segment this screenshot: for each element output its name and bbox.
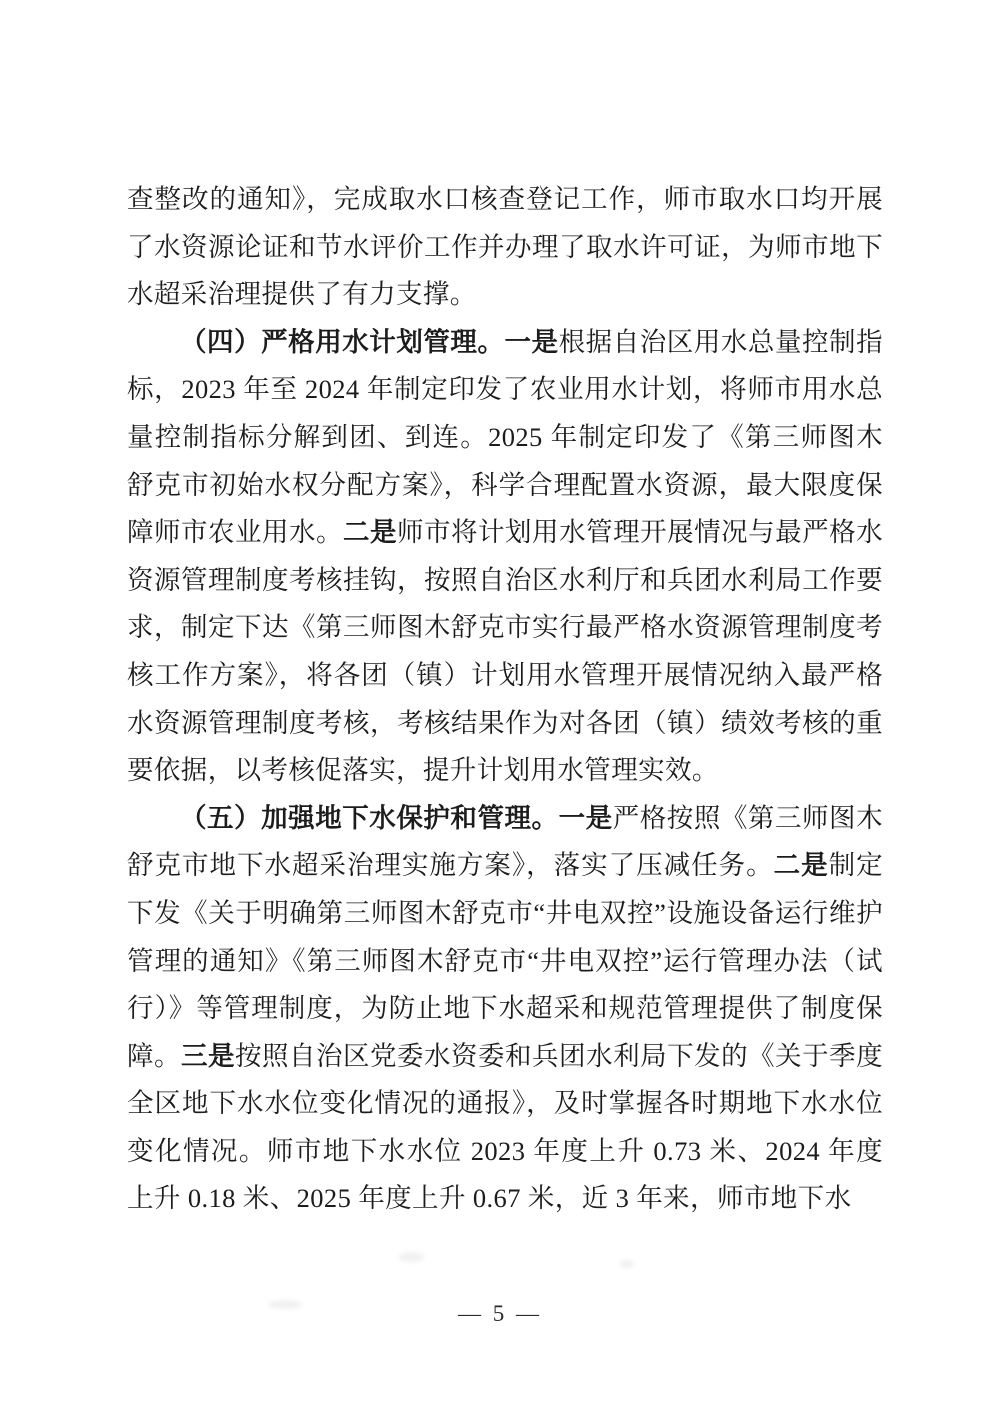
paragraph: （四）严格用水计划管理。一是根据自治区用水总量控制指标，2023 年至 2024… — [127, 319, 883, 795]
scan-smudge — [398, 1252, 424, 1262]
emphasis-text: 二是 — [774, 850, 829, 880]
body-text: 师市将计划用水管理开展情况与最严格水资源管理制度考核挂钩，按照自治区水利厅和兵团… — [127, 517, 883, 785]
paragraph: 查整改的通知》，完成取水口核查登记工作，师市取水口均开展了水资源论证和节水评价工… — [127, 176, 883, 319]
paragraph: （五）加强地下水保护和管理。一是严格按照《第三师图木舒克市地下水超采治理实施方案… — [127, 795, 883, 1223]
document-body: 查整改的通知》，完成取水口核查登记工作，师市取水口均开展了水资源论证和节水评价工… — [127, 176, 883, 1223]
emphasis-text: （四）严格用水计划管理。 — [180, 327, 505, 357]
body-text: 按照自治区党委水资委和兵团水利局下发的《关于季度全区地下水水位变化情况的通报》，… — [127, 1041, 883, 1214]
emphasis-text: （五）加强地下水保护和管理。 — [180, 803, 559, 833]
body-text: 根据自治区用水总量控制指标，2023 年至 2024 年制定印发了农业用水计划，… — [127, 327, 883, 547]
page-number: — 5 — — [0, 1301, 1000, 1327]
body-text: 查整改的通知》，完成取水口核查登记工作，师市取水口均开展了水资源论证和节水评价工… — [127, 184, 883, 309]
document-page: 查整改的通知》，完成取水口核查登记工作，师市取水口均开展了水资源论证和节水评价工… — [0, 0, 1000, 1414]
emphasis-text: 一是 — [559, 803, 613, 833]
scan-smudge — [620, 1260, 634, 1268]
emphasis-text: 三是 — [181, 1041, 235, 1071]
body-text: 制定下发《关于明确第三师图木舒克市“井电双控”设施设备运行维护管理的通知》《第三… — [127, 850, 883, 1070]
emphasis-text: 一是 — [505, 327, 559, 357]
emphasis-text: 二是 — [343, 517, 397, 547]
